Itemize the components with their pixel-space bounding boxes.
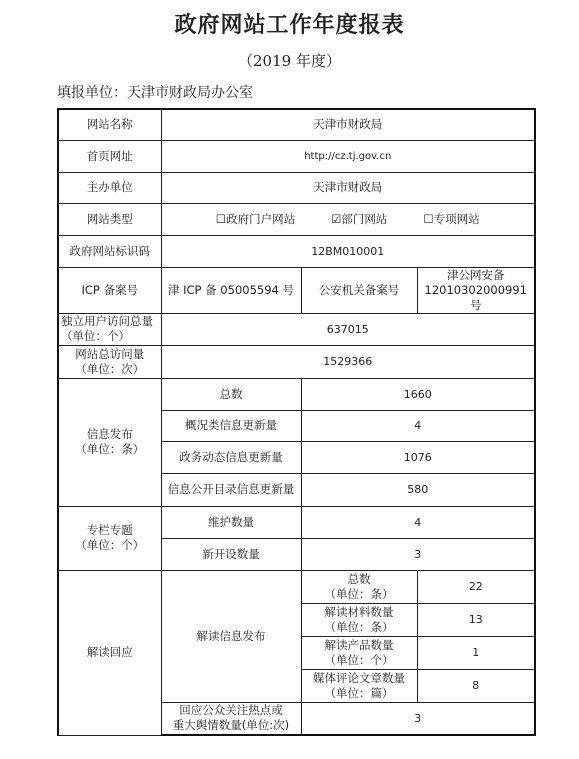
info-row-label: 概况类信息更新量 <box>161 410 301 441</box>
info-row-value: 580 <box>301 473 535 506</box>
sponsor-value: 天津市财政局 <box>161 172 535 203</box>
checkbox-portal-site[interactable]: ☐政府门户网站 <box>216 212 295 226</box>
interp-label-line1: 媒体评论文章数量 <box>304 671 415 686</box>
interpretation-label: 解读回应 <box>58 570 161 735</box>
columns-label-line1: 专栏专题 <box>61 523 159 538</box>
row-site-type: 网站类型 ☐政府门户网站☑部门网站☐专项网站 <box>58 203 535 235</box>
row-info-total: 信息发布（单位：条） 总数 1660 <box>58 378 535 410</box>
homepage-url-label: 首页网址 <box>58 140 161 172</box>
row-site-id-code: 政府网站标识码 12BM010001 <box>58 235 535 267</box>
total-visits-label: 网站总访问量（单位：次） <box>58 345 161 378</box>
interp-row-value: 13 <box>417 603 535 636</box>
hotspot-label-line2: 重大舆情数量(单位:次) <box>164 718 299 733</box>
interp-row-label: 解读产品数量（单位：个） <box>301 636 417 669</box>
info-row-value: 1076 <box>301 441 535 473</box>
site-id-code-label: 政府网站标识码 <box>58 235 161 267</box>
icp-value: 津 ICP 备 05005594 号 <box>161 267 301 313</box>
info-row-label: 总数 <box>161 378 301 410</box>
report-title: 政府网站工作年度报表 <box>0 8 579 39</box>
total-visits-value: 1529366 <box>161 345 535 378</box>
row-total-visits: 网站总访问量（单位：次） 1529366 <box>58 345 535 378</box>
total-visits-label-line2: （单位：次） <box>61 362 159 377</box>
row-homepage-url: 首页网址 http://cz.tj.gov.cn <box>58 140 535 172</box>
columns-row-value: 3 <box>301 538 535 570</box>
unique-visitors-label: 独立用户访问总量（单位：个） <box>58 313 161 345</box>
police-record-value: 津公网安备12010302000991 号 <box>417 267 535 313</box>
site-name-value: 天津市财政局 <box>161 109 535 140</box>
columns-label-line2: （单位：个） <box>61 538 159 553</box>
row-icp: ICP 备案号 津 ICP 备 05005594 号 公安机关备案号 津公网安备… <box>58 267 535 313</box>
interp-row-label: 媒体评论文章数量（单位：篇） <box>301 669 417 702</box>
site-type-options: ☐政府门户网站☑部门网站☐专项网站 <box>161 203 535 235</box>
row-unique-visitors: 独立用户访问总量（单位：个） 637015 <box>58 313 535 345</box>
columns-row-label: 维护数量 <box>161 506 301 538</box>
row-sponsor: 主办单位 天津市财政局 <box>58 172 535 203</box>
interpretation-sub-label: 解读信息发布 <box>161 570 301 702</box>
hotspot-value: 3 <box>301 702 535 735</box>
site-name-label: 网站名称 <box>58 109 161 140</box>
interp-label-line1: 解读产品数量 <box>304 638 415 653</box>
columns-row-label: 新开设数量 <box>161 538 301 570</box>
reporting-unit: 填报单位：天津市财政局办公室 <box>57 82 253 102</box>
info-publish-label-line1: 信息发布 <box>61 427 159 442</box>
interp-label-line2: （单位：个） <box>304 653 415 668</box>
unique-visitors-value: 637015 <box>161 313 535 345</box>
police-record-label: 公安机关备案号 <box>301 267 417 313</box>
site-type-label: 网站类型 <box>58 203 161 235</box>
interp-row-label: 解读材料数量（单位：条） <box>301 603 417 636</box>
police-record-line1: 津公网安备 <box>420 268 533 283</box>
info-publish-label-line2: （单位：条） <box>61 442 159 457</box>
checkbox-special-site[interactable]: ☐专项网站 <box>423 212 479 226</box>
info-row-value: 4 <box>301 410 535 441</box>
police-record-line2: 12010302000991 号 <box>420 283 533 313</box>
row-columns-maintained: 专栏专题（单位：个） 维护数量 4 <box>58 506 535 538</box>
site-id-code-value: 12BM010001 <box>161 235 535 267</box>
sponsor-label: 主办单位 <box>58 172 161 203</box>
interp-row-label: 总数（单位：条） <box>301 570 417 603</box>
homepage-url-value: http://cz.tj.gov.cn <box>161 140 535 172</box>
checkbox-department-site[interactable]: ☑部门网站 <box>331 212 387 226</box>
interp-row-value: 22 <box>417 570 535 603</box>
interp-label-line2: （单位：条） <box>304 620 415 635</box>
report-table: 网站名称 天津市财政局 首页网址 http://cz.tj.gov.cn 主办单… <box>57 108 536 736</box>
columns-row-value: 4 <box>301 506 535 538</box>
info-row-value: 1660 <box>301 378 535 410</box>
interp-row-value: 8 <box>417 669 535 702</box>
interp-label-line1: 解读材料数量 <box>304 605 415 620</box>
hotspot-label: 回应公众关注热点或重大舆情数量(单位:次) <box>161 702 301 735</box>
info-publish-label: 信息发布（单位：条） <box>58 378 161 506</box>
row-site-name: 网站名称 天津市财政局 <box>58 109 535 140</box>
interp-row-value: 1 <box>417 636 535 669</box>
interp-label-line1: 总数 <box>304 572 415 587</box>
interp-label-line2: （单位：条） <box>304 587 415 602</box>
columns-label: 专栏专题（单位：个） <box>58 506 161 570</box>
interp-label-line2: （单位：篇） <box>304 686 415 701</box>
row-interp-total: 解读回应 解读信息发布 总数（单位：条） 22 <box>58 570 535 603</box>
hotspot-label-line1: 回应公众关注热点或 <box>164 703 299 718</box>
report-year: （2019 年度） <box>0 50 579 71</box>
total-visits-label-line1: 网站总访问量 <box>61 347 159 362</box>
icp-label: ICP 备案号 <box>58 267 161 313</box>
info-row-label: 政务动态信息更新量 <box>161 441 301 473</box>
info-row-label: 信息公开目录信息更新量 <box>161 473 301 506</box>
